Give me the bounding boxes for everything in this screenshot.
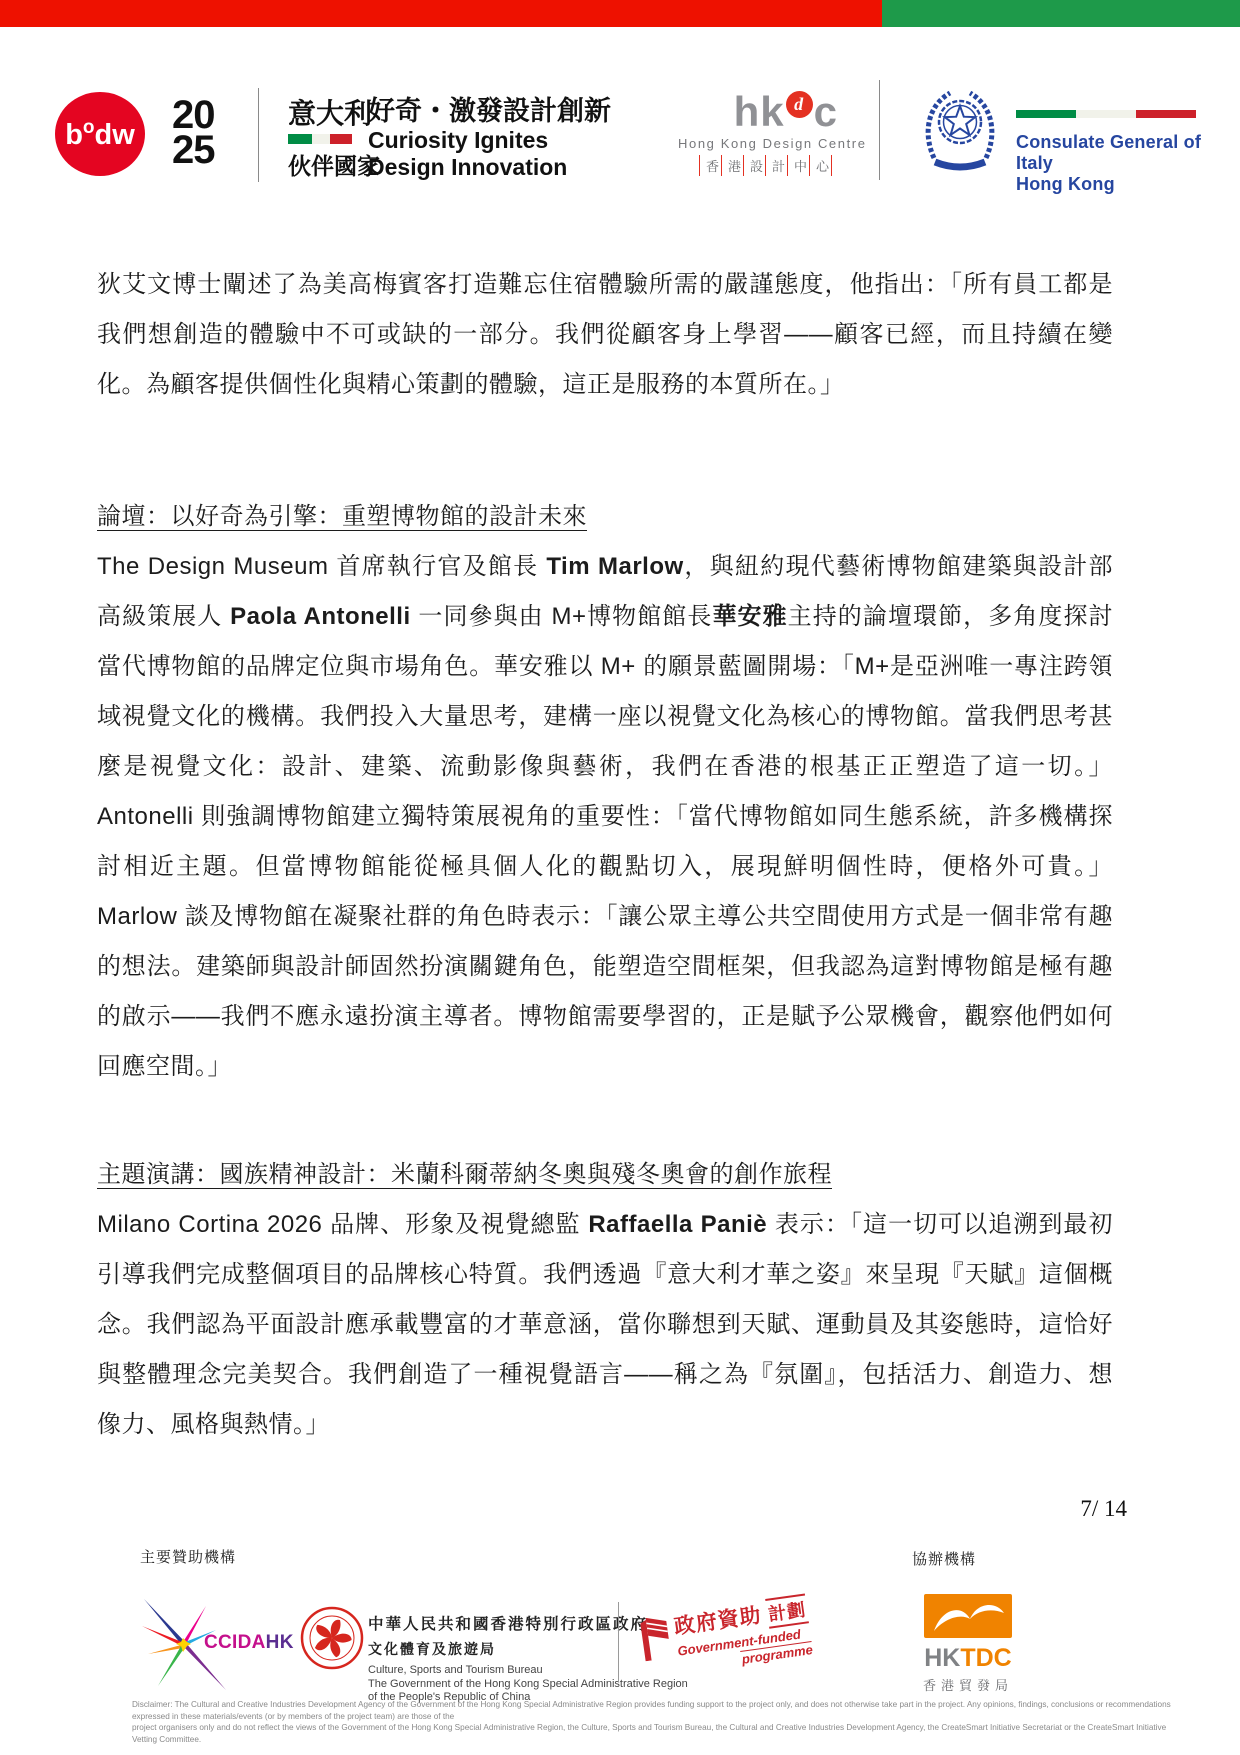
page-number: 7/ 14 [97, 1496, 1127, 1522]
paragraph-forum: The Design Museum 首席執行官及館長 Tim Marlow，與紐… [97, 542, 1113, 1092]
section-heading-keynote: 主題演講：國族精神設計：米蘭科爾蒂納冬奧與殘冬奧會的創作旅程 [97, 1150, 1113, 1200]
footer-label-lead-sponsor: 主要贊助機構 [140, 1546, 236, 1567]
gov-funded-flag-icon [636, 1612, 672, 1662]
press-release-body: 狄艾文博士闡述了為美高梅賓客打造難忘住宿體驗所需的嚴謹態度，他指出：「所有員工都… [97, 0, 1113, 1522]
hktdc-sails-icon [924, 1594, 1012, 1638]
hktdc-wordmark: HKTDC [920, 1645, 1016, 1671]
footer-divider [618, 1602, 619, 1682]
paragraph-mgm-quote: 狄艾文博士闡述了為美高梅賓客打造難忘住宿體驗所需的嚴謹態度，他指出：「所有員工都… [97, 0, 1113, 410]
disclaimer-text: Disclaimer: The Cultural and Creative In… [132, 1699, 1192, 1745]
disclaimer-line1: Disclaimer: The Cultural and Creative In… [132, 1699, 1192, 1722]
ccidahk-wordmark: CCIDAHK [204, 1632, 294, 1654]
cstb-bureau-en: Culture, Sports and Tourism Bureau [368, 1664, 688, 1678]
footer-label-co-organiser: 協辦機構 [912, 1548, 976, 1569]
government-funded-programme-logo: 政府資助計劃 Government-funded programme [636, 1592, 813, 1680]
section-heading-forum: 論壇：以好奇為引擎：重塑博物館的設計未來 [97, 492, 1113, 542]
cstb-gov-en-line1: The Government of the Hong Kong Special … [368, 1678, 688, 1692]
paragraph-keynote: Milano Cortina 2026 品牌、形象及視覺總監 Raffaella… [97, 1200, 1113, 1450]
hktdc-logo: HKTDC 香港貿發局 [920, 1594, 1016, 1694]
ccidahk-logo: CCIDAHK [138, 1596, 288, 1696]
hksar-emblem-icon [300, 1606, 364, 1675]
disclaimer-line2: project organisers only and do not refle… [132, 1722, 1192, 1745]
hktdc-name-zh: 香港貿發局 [920, 1675, 1016, 1694]
